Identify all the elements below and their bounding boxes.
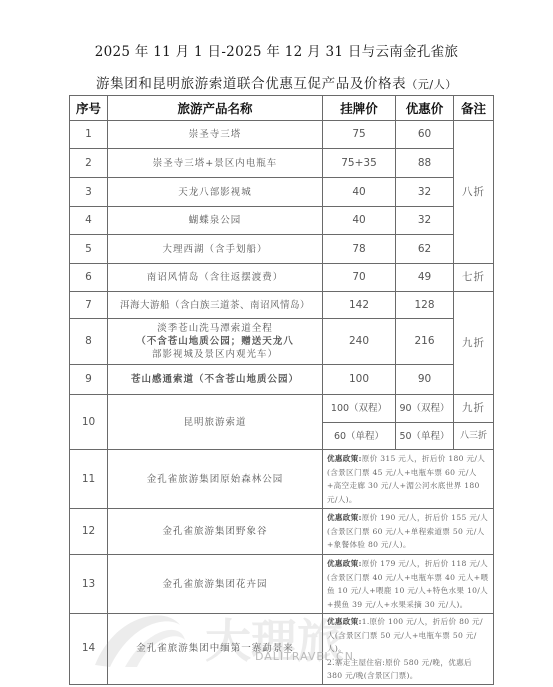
product-name: 金孔雀旅游集团花卉园	[108, 555, 323, 614]
note-discount: 八折	[454, 121, 494, 264]
product-name-line: 淡季苍山洗马潭索道全程	[108, 322, 322, 335]
product-name: 天龙八部影视城	[108, 178, 323, 207]
table-row: 7 洱海大游船（含白族三道茶、南诏风情岛） 142 128 九折	[70, 292, 494, 319]
discount-price: 32	[396, 207, 454, 235]
policy-label: 优惠政策:	[327, 513, 362, 522]
row-no: 5	[70, 235, 108, 264]
table-row: 2 崇圣寺三塔+景区内电瓶车 75+35 88	[70, 149, 494, 178]
policy-label: 优惠政策:	[327, 559, 362, 568]
product-name: 南诏风情岛（含往返摆渡费）	[108, 264, 323, 292]
discount-price: 62	[396, 235, 454, 264]
product-name: 大理西湖（含手划船）	[108, 235, 323, 264]
row-no: 9	[70, 365, 108, 395]
note-discount: 九折	[454, 395, 494, 423]
table-row: 8 淡季苍山洗马潭索道全程 （不含苍山地质公园；赠送天龙八 部影视城及景区内观光…	[70, 319, 494, 365]
list-price: 60（单程）	[323, 423, 396, 450]
product-name-line: （不含苍山地质公园；赠送天龙八	[108, 335, 322, 348]
row-no: 2	[70, 149, 108, 178]
row-no: 13	[70, 555, 108, 614]
discount-price: 128	[396, 292, 454, 319]
note-discount: 九折	[454, 292, 494, 395]
list-price: 240	[323, 319, 396, 365]
table-row: 6 南诏风情岛（含往返摆渡费） 70 49 七折	[70, 264, 494, 292]
note-discount: 八三折	[454, 423, 494, 450]
table-row: 13 金孔雀旅游集团花卉园 优惠政策:原价 179 元/人，折后价 118 元/…	[70, 555, 494, 614]
table-row: 3 天龙八部影视城 40 32	[70, 178, 494, 207]
product-name: 淡季苍山洗马潭索道全程 （不含苍山地质公园；赠送天龙八 部影视城及景区内观光车）	[108, 319, 323, 365]
product-name: 苍山感通索道（不含苍山地质公园）	[108, 365, 323, 395]
discount-policy: 优惠政策:原价 179 元/人，折后价 118 元/人(含景区门票 40 元/人…	[323, 555, 494, 614]
row-no: 3	[70, 178, 108, 207]
policy-label: 优惠政策:	[327, 454, 362, 463]
table-row: 12 金孔雀旅游集团野象谷 优惠政策:原价 190 元/人，折后价 155 元/…	[70, 509, 494, 555]
discount-price: 90	[396, 365, 454, 395]
table-header-row: 序号 旅游产品名称 挂牌价 优惠价 备注	[70, 96, 494, 121]
row-no: 14	[70, 614, 108, 685]
price-table: 序号 旅游产品名称 挂牌价 优惠价 备注 1 崇圣寺三塔 75 60 八折 2 …	[69, 95, 494, 685]
header-product-name: 旅游产品名称	[108, 96, 323, 121]
watermark-text: DALITRAVEL.CN	[255, 650, 354, 663]
product-name: 昆明旅游索道	[108, 395, 323, 450]
row-no: 7	[70, 292, 108, 319]
row-no: 1	[70, 121, 108, 149]
list-price: 70	[323, 264, 396, 292]
policy-label: 优惠政策:	[327, 617, 362, 626]
table-row: 10 昆明旅游索道 100（双程） 90（双程） 九折	[70, 395, 494, 423]
product-name: 洱海大游船（含白族三道茶、南诏风情岛）	[108, 292, 323, 319]
header-note: 备注	[454, 96, 494, 121]
product-name: 金孔雀旅游集团野象谷	[108, 509, 323, 555]
list-price: 75+35	[323, 149, 396, 178]
list-price: 142	[323, 292, 396, 319]
row-no: 6	[70, 264, 108, 292]
header-list-price: 挂牌价	[323, 96, 396, 121]
table-row: 5 大理西湖（含手划船） 78 62	[70, 235, 494, 264]
product-name-line: 部影视城及景区内观光车）	[108, 348, 322, 361]
list-price: 78	[323, 235, 396, 264]
table-row: 4 蝴蝶泉公园 40 32	[70, 207, 494, 235]
row-no: 12	[70, 509, 108, 555]
product-name: 崇圣寺三塔	[108, 121, 323, 149]
table-row: 1 崇圣寺三塔 75 60 八折	[70, 121, 494, 149]
header-discount-price: 优惠价	[396, 96, 454, 121]
row-no: 11	[70, 450, 108, 509]
discount-policy: 优惠政策:1.原价 100 元/人，折后价 80 元/人(含景区门票 50 元/…	[323, 614, 494, 685]
list-price: 100	[323, 365, 396, 395]
list-price: 40	[323, 178, 396, 207]
header-no: 序号	[70, 96, 108, 121]
title-text: 游集团和昆明旅游索道联合优惠互促产品及价格表	[96, 76, 406, 92]
product-name: 金孔雀旅游集团原始森林公园	[108, 450, 323, 509]
discount-price: 60	[396, 121, 454, 149]
document-title-line-1: 2025 年 11 月 1 日-2025 年 12 月 31 日与云南金孔雀旅	[0, 40, 553, 60]
discount-price: 216	[396, 319, 454, 365]
discount-price: 90（双程）	[396, 395, 454, 423]
row-no: 10	[70, 395, 108, 450]
row-no: 8	[70, 319, 108, 365]
table-row: 9 苍山感通索道（不含苍山地质公园） 100 90	[70, 365, 494, 395]
list-price: 75	[323, 121, 396, 149]
discount-price: 32	[396, 178, 454, 207]
product-name: 金孔雀旅游集团中缅第一寨勐景来	[108, 614, 323, 685]
discount-policy: 优惠政策:原价 190 元/人，折后价 155 元/人(含景区门票 60 元/人…	[323, 509, 494, 555]
discount-price: 49	[396, 264, 454, 292]
table-row: 11 金孔雀旅游集团原始森林公园 优惠政策:原价 315 元人，折后价 180 …	[70, 450, 494, 509]
discount-policy: 优惠政策:原价 315 元人，折后价 180 元/人(含景区门票 45 元/人+…	[323, 450, 494, 509]
note-discount: 七折	[454, 264, 494, 292]
discount-price: 50（单程）	[396, 423, 454, 450]
product-name: 崇圣寺三塔+景区内电瓶车	[108, 149, 323, 178]
row-no: 4	[70, 207, 108, 235]
table-row: 14 金孔雀旅游集团中缅第一寨勐景来 优惠政策:1.原价 100 元/人，折后价…	[70, 614, 494, 685]
product-name: 蝴蝶泉公园	[108, 207, 323, 235]
title-unit: （元/人）	[406, 78, 457, 91]
discount-price: 88	[396, 149, 454, 178]
document-title-line-2: 游集团和昆明旅游索道联合优惠互促产品及价格表（元/人）	[0, 72, 553, 92]
list-price: 40	[323, 207, 396, 235]
list-price: 100（双程）	[323, 395, 396, 423]
